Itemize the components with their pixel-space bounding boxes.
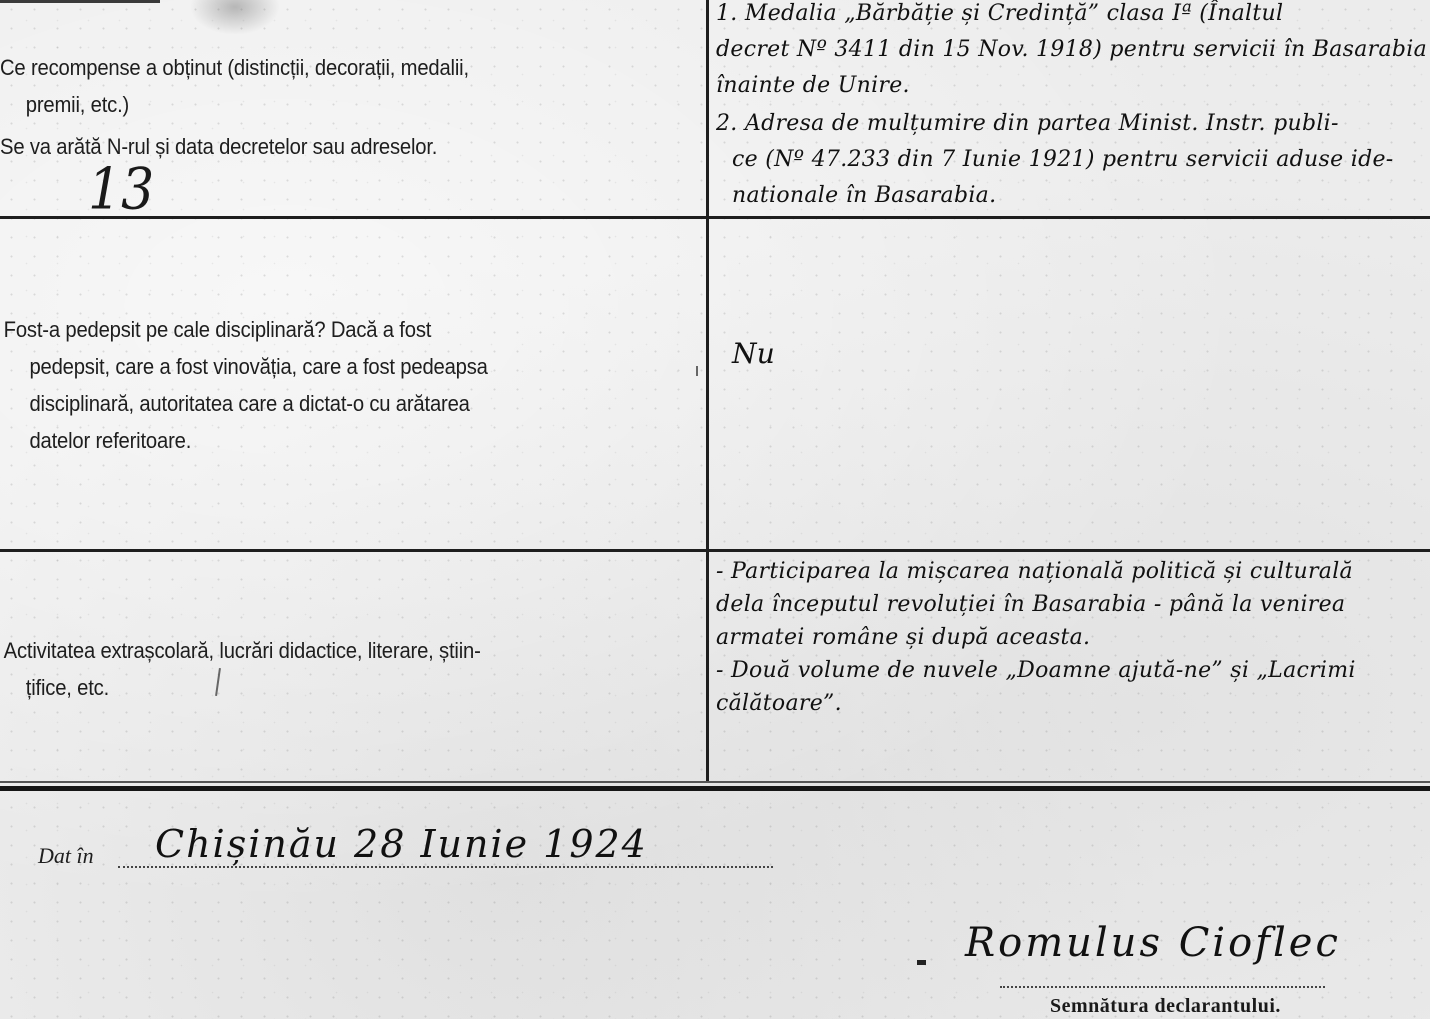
row-divider-2 xyxy=(0,549,1430,552)
ink-smudge xyxy=(190,0,280,35)
top-rule-fragment xyxy=(0,0,160,3)
scanned-page: Ce recompense a obținut (distincții, dec… xyxy=(0,0,1430,1019)
answer-activitate: - Participarea la mișcarea națională pol… xyxy=(716,555,1356,720)
signature-caption: Semnătura declarantului. xyxy=(1050,995,1281,1018)
answer-line: 2. Adresa de mulțumire din partea Minist… xyxy=(716,106,1427,142)
question-activitate: Activitatea extrașcolară, lucrări didact… xyxy=(0,632,662,706)
row-divider-1 xyxy=(0,216,1430,219)
answer-line: decret Nº 3411 din 15 Nov. 1918) pentru … xyxy=(716,32,1427,68)
answer-line: nationale în Basarabia. xyxy=(716,178,1427,214)
answer-line: - Participarea la mișcarea națională pol… xyxy=(716,555,1356,588)
dat-in-label: Dat în xyxy=(38,843,94,869)
table-bottom-thick-rule xyxy=(0,786,1430,791)
pen-mark xyxy=(696,366,698,376)
answer-pedepse: Nu xyxy=(732,336,775,372)
answer-line: dela începutul revoluției în Basarabia -… xyxy=(716,588,1356,621)
signature-dotted-line xyxy=(1000,986,1325,988)
date-place-value: Chișinău 28 Iunie 1924 xyxy=(155,822,648,866)
signature: Romulus Cioflec xyxy=(965,920,1341,966)
signature-dash xyxy=(917,960,926,965)
date-place-dotted-line xyxy=(118,866,773,868)
question-pedepse: Fost-a pedepsit pe cale disciplinară? Da… xyxy=(0,311,662,459)
answer-line: înainte de Unire. xyxy=(716,68,1427,104)
table-bottom-thin-rule xyxy=(0,781,1430,783)
answer-recompense: 1. Medalia „Bărbăție și Credință” clasa … xyxy=(716,0,1427,214)
answer-line: armatei române și după aceasta. xyxy=(716,621,1356,654)
answer-line: ce (Nº 47.233 din 7 Iunie 1921) pentru s… xyxy=(716,142,1427,178)
answer-line: Nu xyxy=(732,336,775,372)
answer-line: - Două volume de nuvele „Doamne ajută-ne… xyxy=(716,654,1356,687)
question-recompense: Ce recompense a obținut (distincții, dec… xyxy=(0,49,615,165)
handwritten-page-number: 13 xyxy=(88,157,154,223)
column-divider xyxy=(706,0,709,783)
answer-line: călătoare”. xyxy=(716,687,1356,720)
question-recompense-text: Ce recompense a obținut (distincții, dec… xyxy=(0,49,615,123)
answer-line: 1. Medalia „Bărbăție și Credință” clasa … xyxy=(716,0,1427,32)
